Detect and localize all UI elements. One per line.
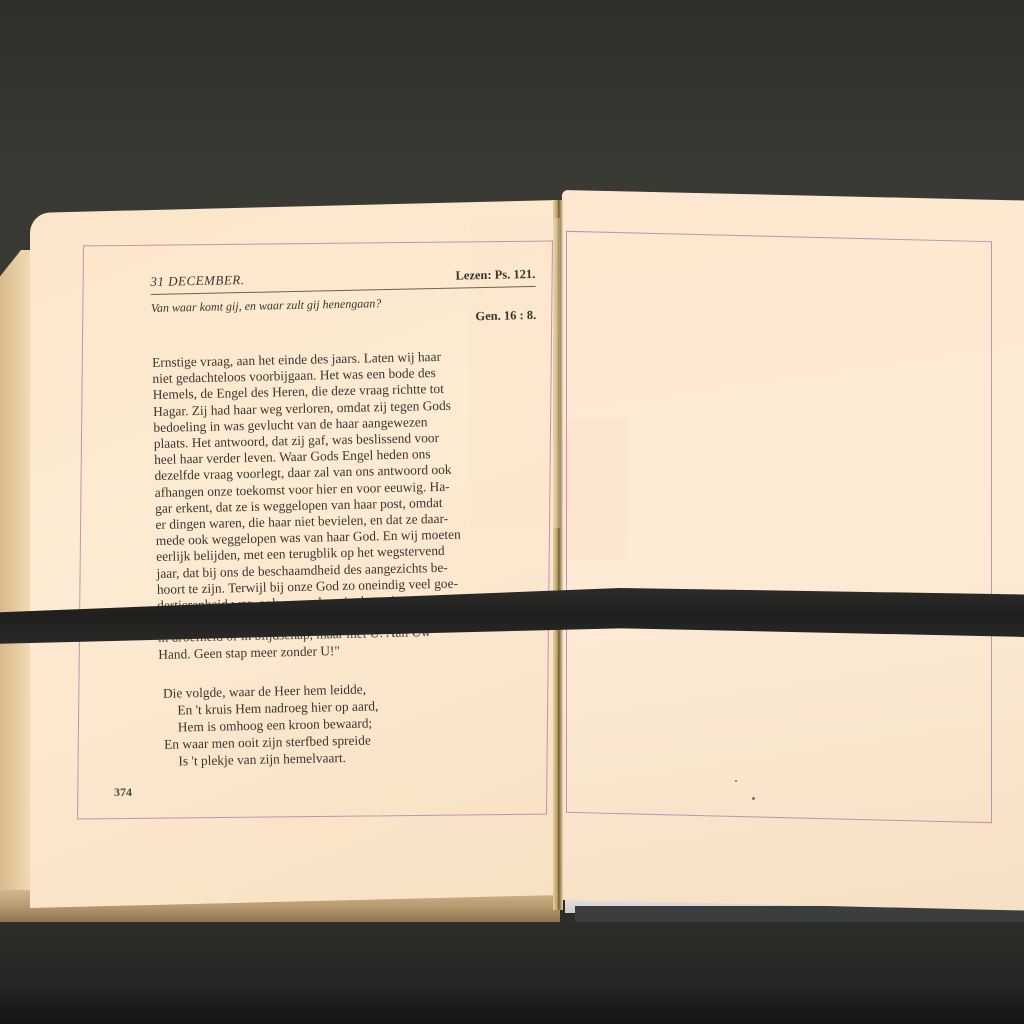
left-page-text: 31 DECEMBER. Lezen: Ps. 121. Van waar ko… — [150, 254, 546, 770]
reading-reference: Lezen: Ps. 121. — [455, 267, 535, 284]
right-page-border — [566, 231, 992, 823]
paper-speck — [735, 780, 737, 782]
table-surface — [0, 920, 1024, 1024]
page-date: 31 DECEMBER. — [150, 272, 244, 290]
paper-speck — [752, 797, 755, 800]
poem: Die volgde, waar de Heer hem leidde, En … — [159, 677, 546, 770]
page-number: 374 — [114, 785, 132, 800]
